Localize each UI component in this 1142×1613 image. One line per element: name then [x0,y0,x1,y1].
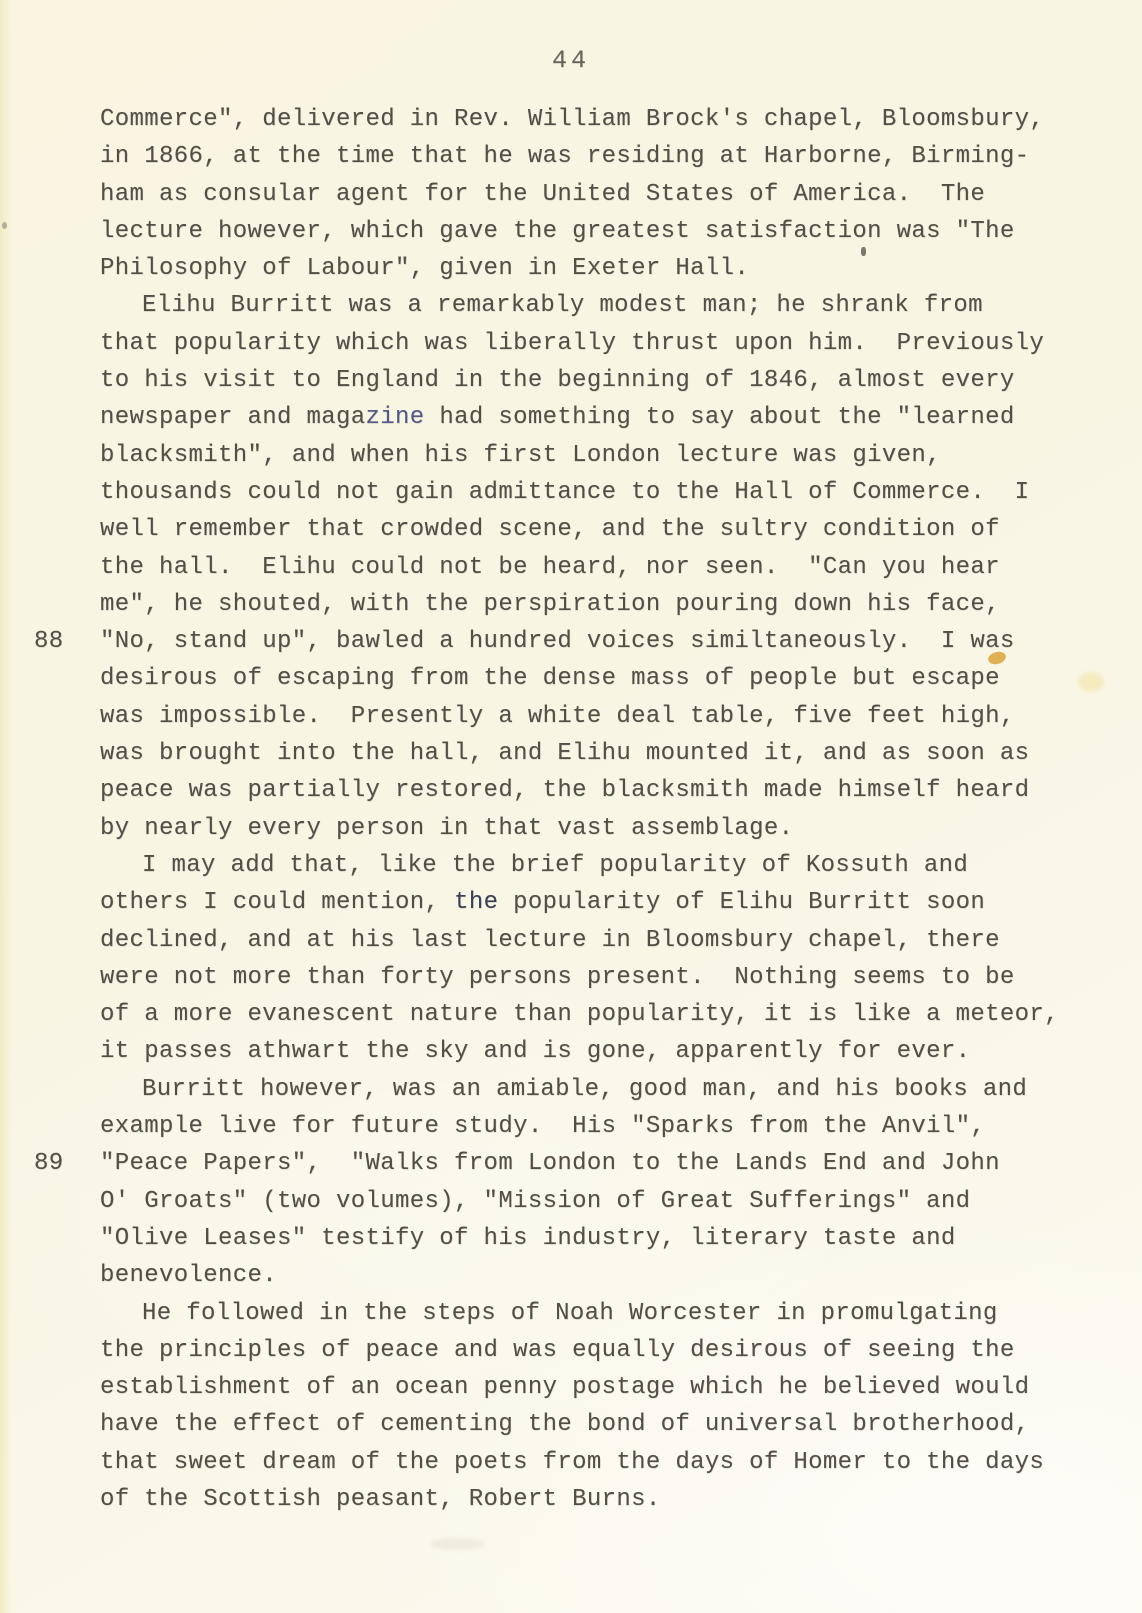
text-line: 88"No, stand up", bawled a hundred voice… [100,623,1059,660]
page-number: 44 [0,46,1142,75]
text-line: it passes athwart the sky and is gone, a… [100,1033,1059,1070]
typed-text: that popularity which was liberally thru… [100,330,1044,357]
typed-text: Commerce", delivered in Rev. William Bro… [100,106,1044,133]
paper-smudge [430,1538,486,1550]
typed-text: the principles of peace and was equally … [100,1337,1015,1364]
typed-text: lecture however, which gave the greatest… [100,218,1015,245]
typed-text: "No, stand up", bawled a hundred voices … [100,628,1015,655]
text-line: of a more evanescent nature than popular… [100,996,1059,1033]
typed-text: O' Groats" (two volumes), "Mission of Gr… [100,1188,970,1215]
typed-text: He followed in the steps of Noah Worcest… [142,1300,998,1327]
text-lines: Commerce", delivered in Rev. William Bro… [100,101,1059,1518]
text-line: the principles of peace and was equally … [100,1332,1059,1369]
text-line: Philosophy of Labour", given in Exeter H… [100,250,1059,287]
text-line: have the effect of cementing the bond of… [100,1406,1059,1443]
typed-text: blacksmith", and when his first London l… [100,442,941,469]
typed-text: of a more evanescent nature than popular… [100,1001,1059,1028]
text-line: in 1866, at the time that he was residin… [100,138,1059,175]
typed-text: Elihu Burritt was a remarkably modest ma… [142,292,983,319]
typed-text: ham as consular agent for the United Sta… [100,181,985,208]
text-line: was brought into the hall, and Elihu mou… [100,735,1059,772]
text-line: benevolence. [100,1257,1059,1294]
typed-text: that sweet dream of the poets from the d… [100,1449,1044,1476]
text-line: ham as consular agent for the United Sta… [100,176,1059,213]
margin-note: 89 [34,1145,64,1182]
text-line: were not more than forty persons present… [100,959,1059,996]
typed-text: to his visit to England in the beginning… [100,367,1015,394]
typed-text: Burritt however, was an amiable, good ma… [142,1076,1027,1103]
typed-text: I may add that, like the brief popularit… [142,852,968,879]
paper-edge [0,0,12,1613]
text-line: establishment of an ocean penny postage … [100,1369,1059,1406]
text-line: thousands could not gain admittance to t… [100,474,1059,511]
typed-text: "Peace Papers", "Walks from London to th… [100,1150,1000,1177]
text-line: well remember that crowded scene, and th… [100,511,1059,548]
text-line: He followed in the steps of Noah Worcest… [100,1295,1059,1332]
typed-text: declined, and at his last lecture in Blo… [100,927,1000,954]
typed-text: establishment of an ocean penny postage … [100,1374,1029,1401]
text-line: peace was partially restored, the blacks… [100,772,1059,809]
typed-text: "Olive Leases" testify of his industry, … [100,1225,956,1252]
text-line: me", he shouted, with the perspiration p… [100,586,1059,623]
typed-text: me", he shouted, with the perspiration p… [100,591,1000,618]
text-line: lecture however, which gave the greatest… [100,213,1059,250]
text-line: to his visit to England in the beginning… [100,362,1059,399]
text-line: I may add that, like the brief popularit… [100,847,1059,884]
text-line: declined, and at his last lecture in Blo… [100,922,1059,959]
typed-text: peace was partially restored, the blacks… [100,777,1029,804]
text-line: Commerce", delivered in Rev. William Bro… [100,101,1059,138]
typed-text: Philosophy of Labour", given in Exeter H… [100,255,749,282]
text-line: of the Scottish peasant, Robert Burns. [100,1481,1059,1518]
text-line: 89"Peace Papers", "Walks from London to … [100,1145,1059,1182]
text-line: by nearly every person in that vast asse… [100,810,1059,847]
typed-text: benevolence. [100,1262,277,1289]
corrected-text: zine [366,404,425,431]
text-line: Elihu Burritt was a remarkably modest ma… [100,287,1059,324]
typed-text: by nearly every person in that vast asse… [100,815,793,842]
typed-text: were not more than forty persons present… [100,964,1015,991]
typed-text: was brought into the hall, and Elihu mou… [100,740,1029,767]
text-line: blacksmith", and when his first London l… [100,437,1059,474]
typed-text: example live for future study. His "Spar… [100,1113,985,1140]
text-line: was impossible. Presently a white deal t… [100,698,1059,735]
typed-text: newspaper and maga [100,404,366,431]
text-line: that sweet dream of the poets from the d… [100,1444,1059,1481]
typed-text: have the effect of cementing the bond of… [100,1411,1029,1438]
corrected-text: the [454,889,498,916]
typed-text: well remember that crowded scene, and th… [100,516,1000,543]
margin-note: 88 [34,623,64,660]
text-line: the hall. Elihu could not be heard, nor … [100,549,1059,586]
text-line: newspaper and magazine had something to … [100,399,1059,436]
typed-text: the hall. Elihu could not be heard, nor … [100,554,1000,581]
typed-text: popularity of Elihu Burritt soon [498,889,985,916]
typed-text: of the Scottish peasant, Robert Burns. [100,1486,661,1513]
text-line: desirous of escaping from the dense mass… [100,660,1059,697]
typed-text: desirous of escaping from the dense mass… [100,665,1000,692]
typed-text: thousands could not gain admittance to t… [100,479,1029,506]
typed-text: in 1866, at the time that he was residin… [100,143,1029,170]
typed-text: had something to say about the "learned [425,404,1015,431]
text-line: others I could mention, the popularity o… [100,884,1059,921]
text-line: Burritt however, was an amiable, good ma… [100,1071,1059,1108]
text-line: example live for future study. His "Spar… [100,1108,1059,1145]
text-line: "Olive Leases" testify of his industry, … [100,1220,1059,1257]
typed-text: it passes athwart the sky and is gone, a… [100,1038,970,1065]
text-line: that popularity which was liberally thru… [100,325,1059,362]
typed-text: others I could mention, [100,889,454,916]
paper-stain [1078,672,1104,692]
text-line: O' Groats" (two volumes), "Mission of Gr… [100,1183,1059,1220]
typed-text: was impossible. Presently a white deal t… [100,703,1015,730]
document-page: 44 Commerce", delivered in Rev. William … [0,0,1142,1613]
